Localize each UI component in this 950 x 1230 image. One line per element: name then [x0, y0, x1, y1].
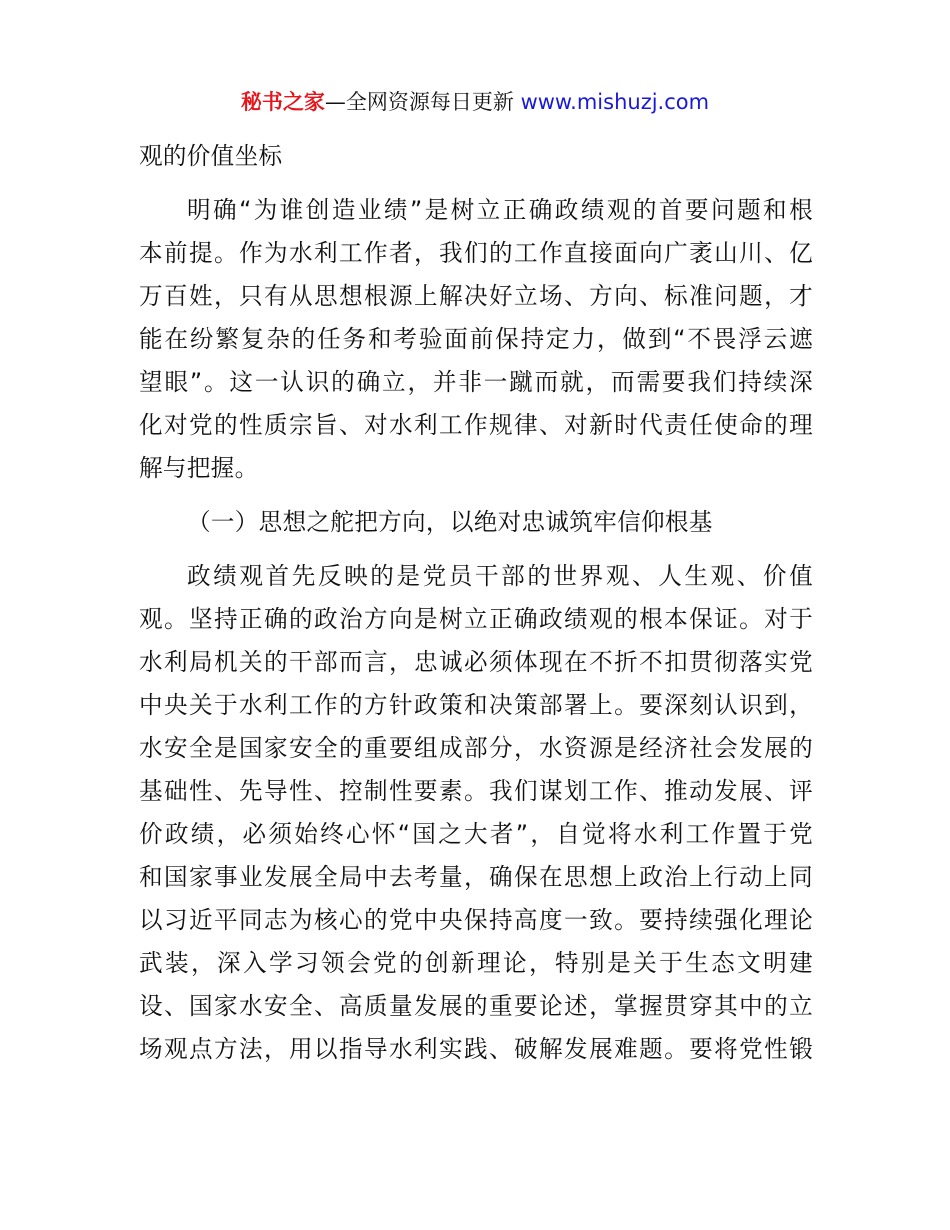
text-line: 万百姓，只有从思想根源上解决好立场、方向、标准问题，才	[139, 276, 813, 316]
text-line: 水利局机关的干部而言，忠诚必须体现在不折不扣贯彻落实党	[139, 642, 813, 682]
brand-name: 秘书之家	[241, 90, 325, 114]
text-line: 武装，深入学习领会党的创新理论，特别是关于生态文明建	[139, 943, 813, 983]
text-line: 能在纷繁复杂的任务和考验面前保持定力，做到“不畏浮云遮	[139, 319, 813, 359]
text-line: 中央关于水利工作的方针政策和决策部署上。要深刻认识到，	[139, 685, 813, 725]
text-line: 和国家事业发展全局中去考量，确保在思想上政治上行动上同	[139, 857, 813, 897]
paragraph-first-line: 明确“为谁创造业绩”是树立正确政绩观的首要问题和根	[139, 190, 813, 230]
paragraph-first-line: 政绩观首先反映的是党员干部的世界观、人生观、价值	[139, 556, 813, 596]
site-url-link[interactable]: www.mishuzj.com	[521, 90, 710, 114]
text-line: 观的价值坐标	[139, 136, 813, 176]
text-line: 价政绩，必须始终心怀“国之大者”，自觉将水利工作置于党	[139, 814, 813, 854]
text-line: 本前提。作为水利工作者，我们的工作直接面向广袤山川、亿	[139, 233, 813, 273]
section-heading: （一）思想之舵把方向，以绝对忠诚筑牢信仰根基	[139, 502, 813, 542]
text-line: 解与把握。	[139, 448, 813, 488]
header-slogan: —全网资源每日更新	[325, 90, 514, 114]
text-line: 以习近平同志为核心的党中央保持高度一致。要持续强化理论	[139, 900, 813, 940]
text-line: 化对党的性质宗旨、对水利工作规律、对新时代责任使命的理	[139, 405, 813, 445]
text-line: 设、国家水安全、高质量发展的重要论述，掌握贯穿其中的立	[139, 986, 813, 1026]
text-line: 水安全是国家安全的重要组成部分，水资源是经济社会发展的	[139, 728, 813, 768]
text-line: 望眼”。这一认识的确立，并非一蹴而就，而需要我们持续深	[139, 362, 813, 402]
text-line: 观。坚持正确的政治方向是树立正确政绩观的根本保证。对于	[139, 599, 813, 639]
text-line: 场观点方法，用以指导水利实践、破解发展难题。要将党性锻	[139, 1029, 813, 1069]
text-line: 基础性、先导性、控制性要素。我们谋划工作、推动发展、评	[139, 771, 813, 811]
site-header-banner: 秘书之家—全网资源每日更新 www.mishuzj.com	[0, 86, 950, 118]
